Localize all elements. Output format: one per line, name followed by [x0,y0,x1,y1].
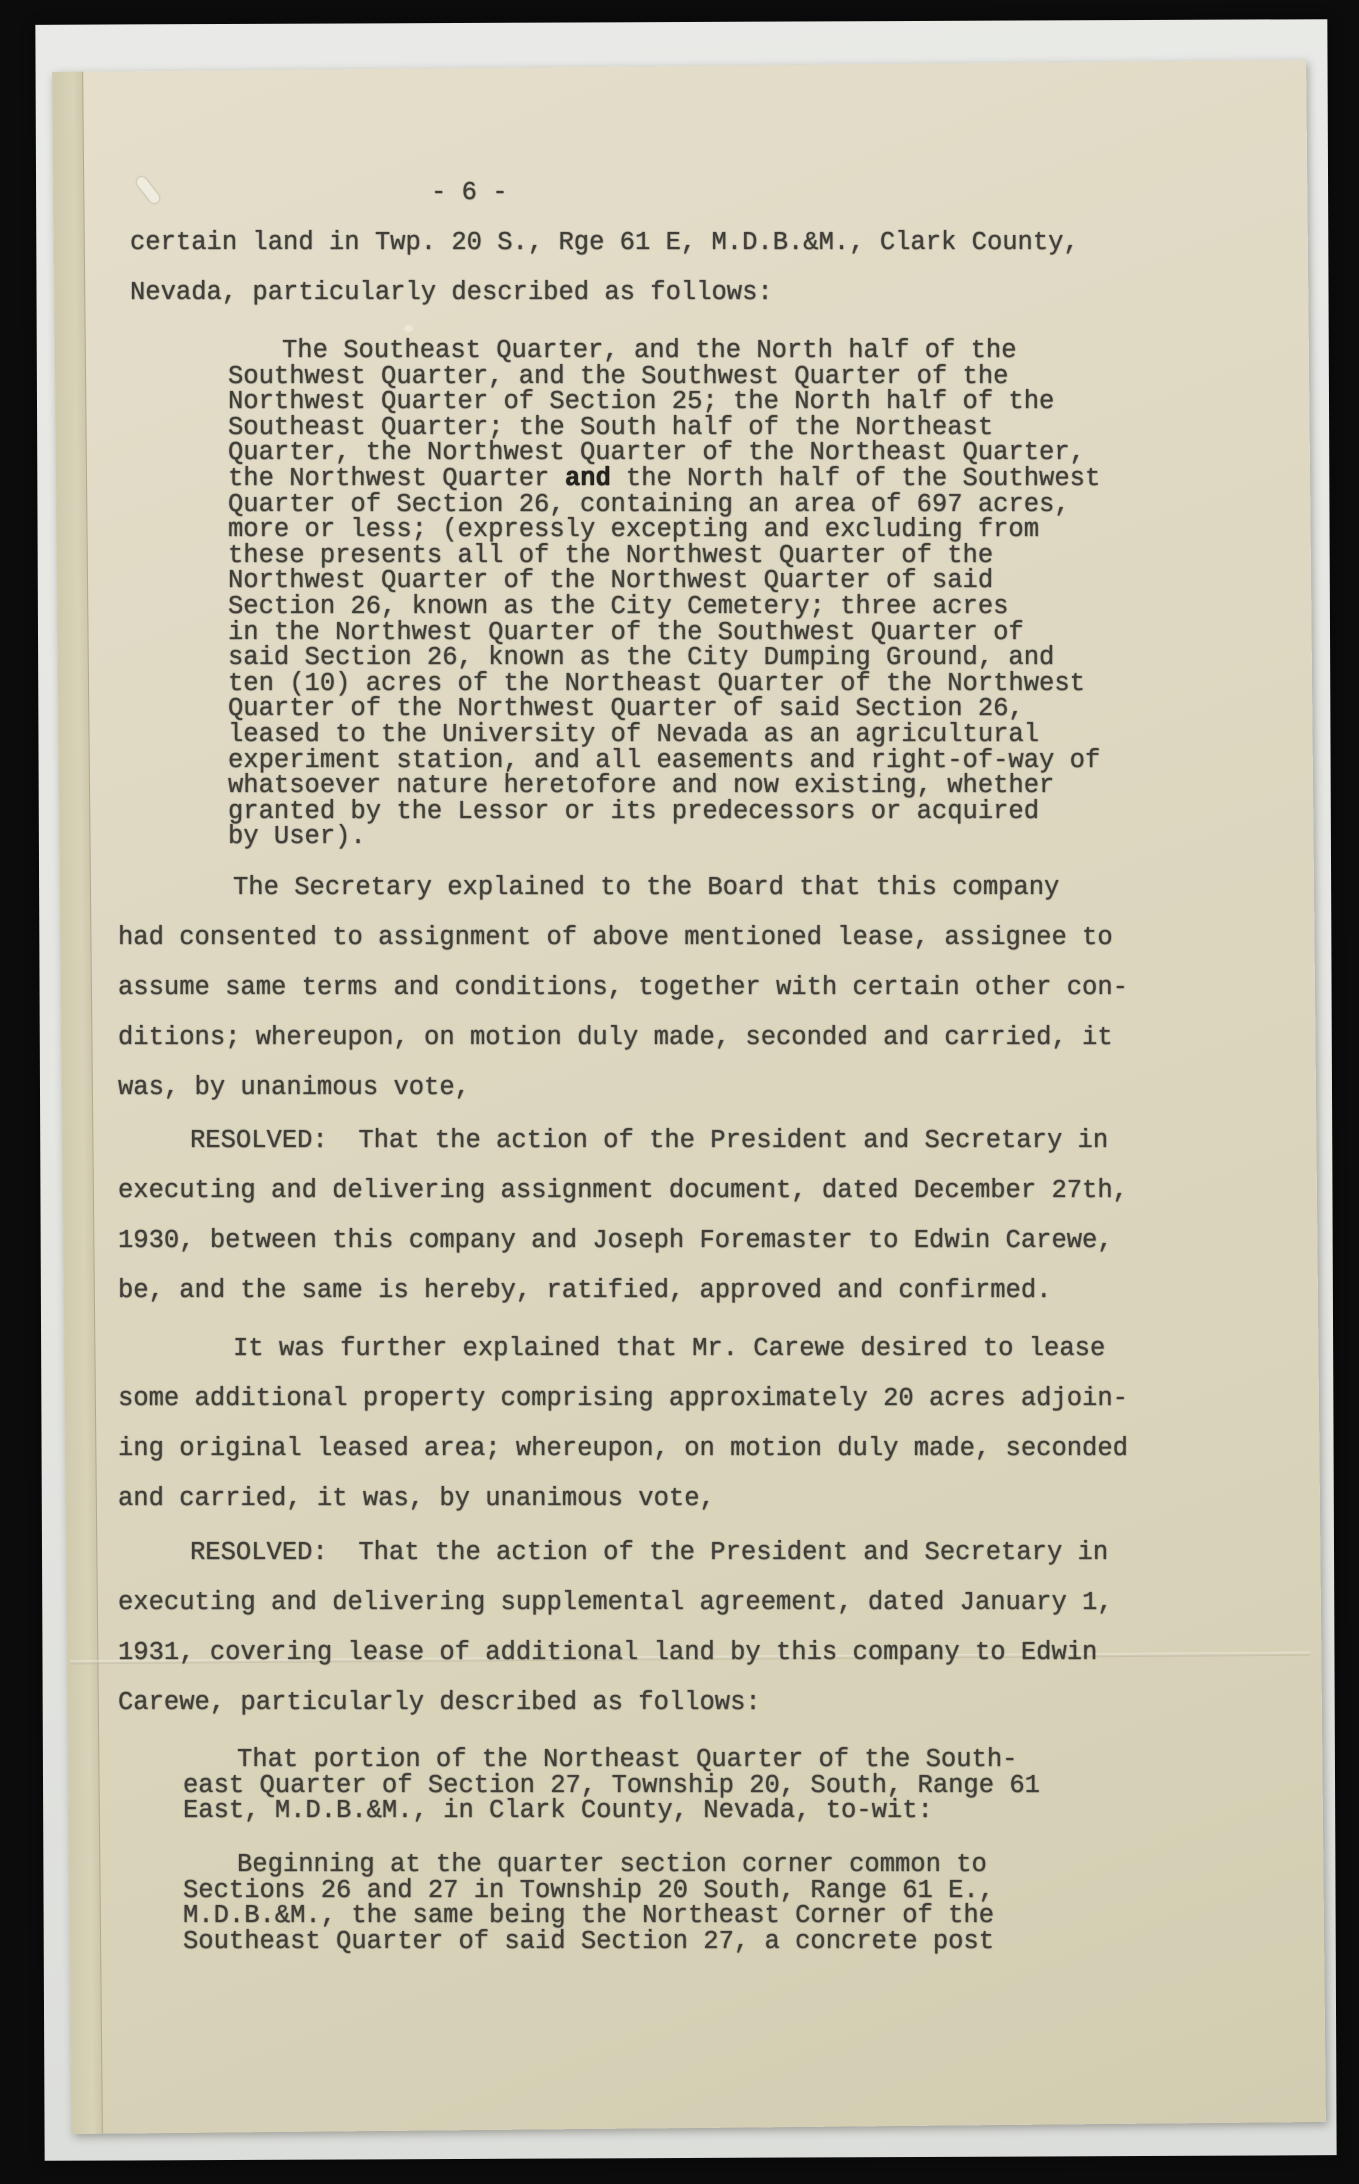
text-line: more or less; (expressly excepting and e… [228,517,1100,543]
text-line: Southeast Quarter of said Section 27, a … [183,1929,994,1955]
text-line: Northwest Quarter of the Northwest Quart… [228,568,1100,594]
text-line: That portion of the Northeast Quarter of… [237,1747,1040,1773]
text-line: had consented to assignment of above men… [118,913,1128,963]
text-line: Northwest Quarter of Section 25; the Nor… [228,389,1100,415]
text-line: the Northwest Quarter and the North half… [228,466,1100,492]
legal-description-block-2: That portion of the Northeast Quarter of… [183,1747,1040,1824]
text-line: executing and delivering assignment docu… [118,1166,1128,1216]
text-line: by User). [228,824,1100,850]
text-line: these presents all of the Northwest Quar… [228,543,1100,569]
text-line: ing original leased area; whereupon, on … [118,1424,1128,1474]
text-line: 1931, covering lease of additional land … [118,1628,1113,1678]
page-number: - 6 - [431,180,508,206]
text-line: The Southeast Quarter, and the North hal… [282,338,1100,364]
text-line: 1930, between this company and Joseph Fo… [118,1216,1128,1266]
text-line: Section 26, known as the City Cemetery; … [228,594,1100,620]
text-line: some additional property comprising appr… [118,1374,1128,1424]
text-line: leased to the University of Nevada as an… [228,722,1100,748]
text-line: RESOLVED: That the action of the Preside… [190,1116,1128,1166]
carewe-paragraph: It was further explained that Mr. Carewe… [118,1324,1128,1524]
text-line: Carewe, particularly described as follow… [118,1678,1113,1728]
intro-paragraph: certain land in Twp. 20 S., Rge 61 E, M.… [130,218,1079,318]
text-line: executing and delivering supplemental ag… [118,1578,1113,1628]
text-line: Quarter of Section 26, containing an are… [228,492,1100,518]
text-line: M.D.B.&M., the same being the Northeast … [183,1903,994,1929]
text-line: in the Northwest Quarter of the Southwes… [228,620,1100,646]
text-line: Quarter, the Northwest Quarter of the No… [228,440,1100,466]
text-line: assume same terms and conditions, togeth… [118,963,1128,1013]
text-line: certain land in Twp. 20 S., Rge 61 E, M.… [130,218,1079,268]
typewritten-text-layer: - 6 - certain land in Twp. 20 S., Rge 61… [0,0,1359,2184]
text-line: be, and the same is hereby, ratified, ap… [118,1266,1128,1316]
legal-description-block-1: The Southeast Quarter, and the North hal… [228,338,1100,850]
text-line: experiment station, and all easements an… [228,748,1100,774]
text-line: ditions; whereupon, on motion duly made,… [118,1013,1128,1063]
text-line: East, M.D.B.&M., in Clark County, Nevada… [183,1798,1040,1824]
text-line: Quarter of the Northwest Quarter of said… [228,696,1100,722]
text-line: east Quarter of Section 27, Township 20,… [183,1773,1040,1799]
text-line: Nevada, particularly described as follow… [130,268,1079,318]
text-line: RESOLVED: That the action of the Preside… [190,1528,1113,1578]
text-line: Beginning at the quarter section corner … [237,1852,994,1878]
text-line: Southeast Quarter; the South half of the… [228,415,1100,441]
overstruck-word: and [565,466,611,492]
text-line: was, by unanimous vote, [118,1063,1128,1113]
text-line: It was further explained that Mr. Carewe… [233,1324,1128,1374]
text-line: ten (10) acres of the Northeast Quarter … [228,671,1100,697]
text-line: and carried, it was, by unanimous vote, [118,1474,1128,1524]
text-line: granted by the Lessor or its predecessor… [228,799,1100,825]
text-line: The Secretary explained to the Board tha… [233,863,1128,913]
resolution-assignment-paragraph: RESOLVED: That the action of the Preside… [118,1116,1128,1316]
scanned-document-background: - 6 - certain land in Twp. 20 S., Rge 61… [0,0,1359,2184]
text-line: Southwest Quarter, and the Southwest Qua… [228,364,1100,390]
text-line: Sections 26 and 27 in Township 20 South,… [183,1878,994,1904]
legal-description-block-3: Beginning at the quarter section corner … [183,1852,994,1954]
text-line: said Section 26, known as the City Dumpi… [228,645,1100,671]
text-line: whatsoever nature heretofore and now exi… [228,773,1100,799]
resolution-supplemental-paragraph: RESOLVED: That the action of the Preside… [118,1528,1113,1728]
secretary-paragraph: The Secretary explained to the Board tha… [118,863,1128,1113]
